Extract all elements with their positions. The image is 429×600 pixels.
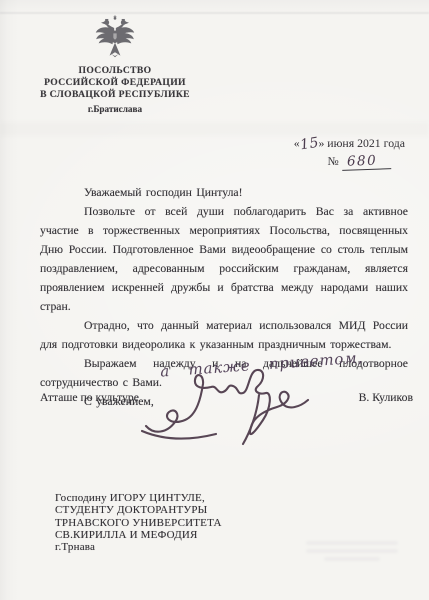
recipient-line-3: ТРНАВСКОГО УНИВЕРСИТЕТА <box>55 517 315 529</box>
bleed-line <box>306 549 398 553</box>
paragraph-1: Позвольте от всей души поблагодарить Вас… <box>40 202 408 316</box>
scanned-letter-page: ПОСОЛЬСТВО РОССИЙСКОЙ ФЕДЕРАЦИИ В СЛОВАЦ… <box>0 0 429 600</box>
letterhead: ПОСОЛЬСТВО РОССИЙСКОЙ ФЕДЕРАЦИИ В СЛОВАЦ… <box>22 15 208 115</box>
recipient-city: г.Трнава <box>55 541 315 553</box>
letterhead-line-1: ПОСОЛЬСТВО <box>22 65 208 77</box>
bleed-line <box>306 541 398 545</box>
date-rest: » июня 2021 года <box>318 136 405 150</box>
number-label: № <box>328 154 339 168</box>
letterhead-line-3: В СЛОВАЦКОЙ РЕСПУБЛИКЕ <box>22 89 208 101</box>
handwritten-day: 15 <box>299 138 319 151</box>
paper-fold-crease <box>0 12 429 14</box>
signer-name: В. Куликов <box>359 391 413 404</box>
number-line: № 680 <box>215 154 405 170</box>
signer-title: Атташе по культуре <box>40 391 139 404</box>
recipient-line-1: Господину ИГОРУ ЦИНТУЛЕ, <box>55 492 315 504</box>
recipient-line-4: СВ.КИРИЛЛА И МЕФОДИЯ <box>55 529 315 541</box>
letterhead-line-2: РОССИЙСКОЙ ФЕДЕРАЦИИ <box>22 77 208 89</box>
russia-coat-of-arms-icon <box>94 15 136 61</box>
recipient-block: Господину ИГОРУ ЦИНТУЛЕ, СТУДЕНТУ ДОКТОР… <box>55 492 315 553</box>
date-line: «15» июня 2021 года <box>215 136 405 151</box>
signer-row: Атташе по культуре В. Куликов <box>40 391 413 404</box>
ink-bleed-through <box>306 541 398 567</box>
bleed-line <box>324 557 379 561</box>
recipient-line-2: СТУДЕНТУ ДОКТОРАНТУРЫ <box>55 504 315 516</box>
handwritten-number: 680 <box>341 154 391 171</box>
scan-tone-band <box>0 122 429 136</box>
salutation: Уважаемый господин Цинтула! <box>40 183 408 202</box>
signature-ink <box>140 364 320 450</box>
reference-block: «15» июня 2021 года № 680 <box>215 136 405 170</box>
letterhead-city: г.Братислава <box>22 103 208 115</box>
